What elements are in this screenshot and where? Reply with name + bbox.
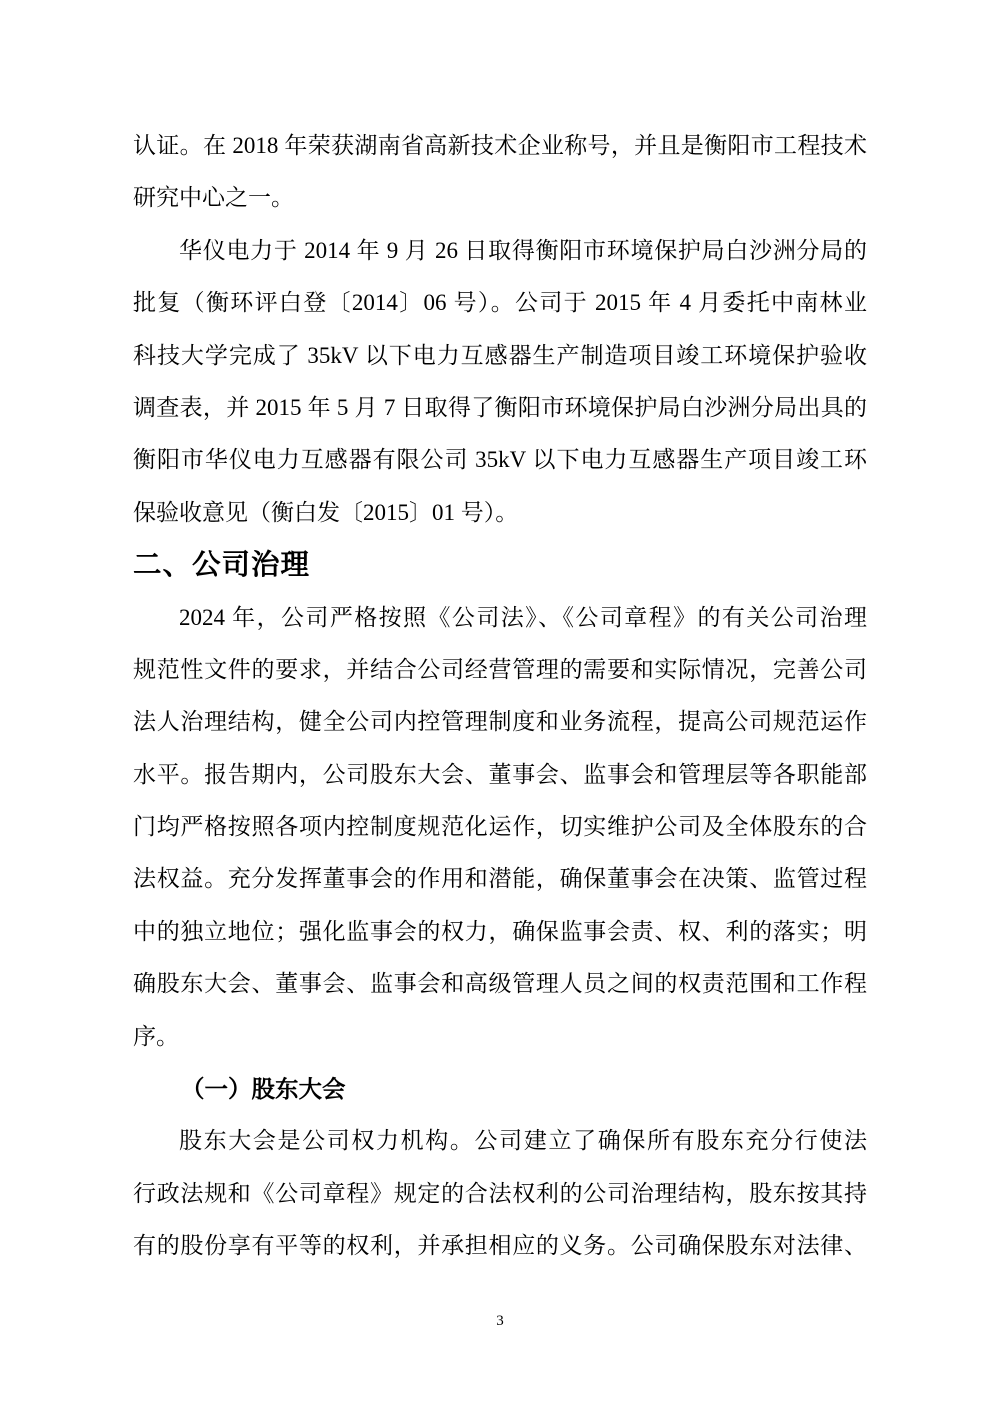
- document-body: 认证。在 2018 年荣获湖南省高新技术企业称号，并且是衡阳市工程技术研究中心之…: [133, 120, 867, 1273]
- text-line: 股东大会是公司权力机构。公司建立了确保所有股东充分行使法律、: [133, 1115, 867, 1167]
- text-line: 有的股份享有平等的权利，并承担相应的义务。公司确保股东对法律、: [133, 1220, 867, 1272]
- paragraph-shareholders-meeting: 股东大会是公司权力机构。公司建立了确保所有股东充分行使法律、行政法规和《公司章程…: [133, 1115, 867, 1272]
- text-line: 2024 年，公司严格按照《公司法》、《公司章程》的有关公司治理: [133, 592, 867, 644]
- text-line: 保验收意见（衡白发〔2015〕01 号）。: [133, 487, 867, 539]
- text-line: 中的独立地位；强化监事会的权力，确保监事会责、权、利的落实；明: [133, 906, 867, 958]
- text-line: 科技大学完成了 35kV 以下电力互感器生产制造项目竣工环境保护验收: [133, 330, 867, 382]
- text-line: 法人治理结构，健全公司内控管理制度和业务流程，提高公司规范运作: [133, 696, 867, 748]
- text-line: 门均严格按照各项内控制度规范化运作，切实维护公司及全体股东的合: [133, 801, 867, 853]
- text-line: （一）股东大会: [133, 1063, 867, 1115]
- section-heading-corporate-governance: 二、公司治理: [133, 539, 867, 591]
- paragraph-governance-overview: 2024 年，公司严格按照《公司法》、《公司章程》的有关公司治理规范性文件的要求…: [133, 592, 867, 1064]
- page-number: 3: [496, 1313, 504, 1329]
- text-line: 行政法规和《公司章程》规定的合法权利的公司治理结构，股东按其持: [133, 1168, 867, 1220]
- text-line: 确股东大会、董事会、监事会和高级管理人员之间的权责范围和工作程: [133, 958, 867, 1010]
- text-line: 华仪电力于 2014 年 9 月 26 日取得衡阳市环境保护局白沙洲分局的: [133, 225, 867, 277]
- text-line: 批复（衡环评白登〔2014〕06 号）。公司于 2015 年 4 月委托中南林业: [133, 277, 867, 329]
- page-footer: 3: [0, 1312, 1000, 1330]
- text-line: 衡阳市华仪电力互感器有限公司 35kV 以下电力互感器生产项目竣工环: [133, 434, 867, 486]
- text-line: 研究中心之一。: [133, 172, 867, 224]
- sub-section-heading-shareholders-meeting: （一）股东大会: [133, 1063, 867, 1115]
- text-line: 调查表，并 2015 年 5 月 7 日取得了衡阳市环境保护局白沙洲分局出具的: [133, 382, 867, 434]
- text-line: 法权益。充分发挥董事会的作用和潜能，确保董事会在决策、监管过程: [133, 853, 867, 905]
- document-page: 认证。在 2018 年荣获湖南省高新技术企业称号，并且是衡阳市工程技术研究中心之…: [0, 0, 1000, 1415]
- paragraph-certification: 认证。在 2018 年荣获湖南省高新技术企业称号，并且是衡阳市工程技术研究中心之…: [133, 120, 867, 225]
- text-line: 序。: [133, 1011, 867, 1063]
- text-line: 认证。在 2018 年荣获湖南省高新技术企业称号，并且是衡阳市工程技术: [133, 120, 867, 172]
- text-line: 二、公司治理: [133, 539, 867, 591]
- text-line: 规范性文件的要求，并结合公司经营管理的需要和实际情况，完善公司: [133, 644, 867, 696]
- paragraph-environmental-approval: 华仪电力于 2014 年 9 月 26 日取得衡阳市环境保护局白沙洲分局的批复（…: [133, 225, 867, 539]
- text-line: 水平。报告期内，公司股东大会、董事会、监事会和管理层等各职能部: [133, 749, 867, 801]
